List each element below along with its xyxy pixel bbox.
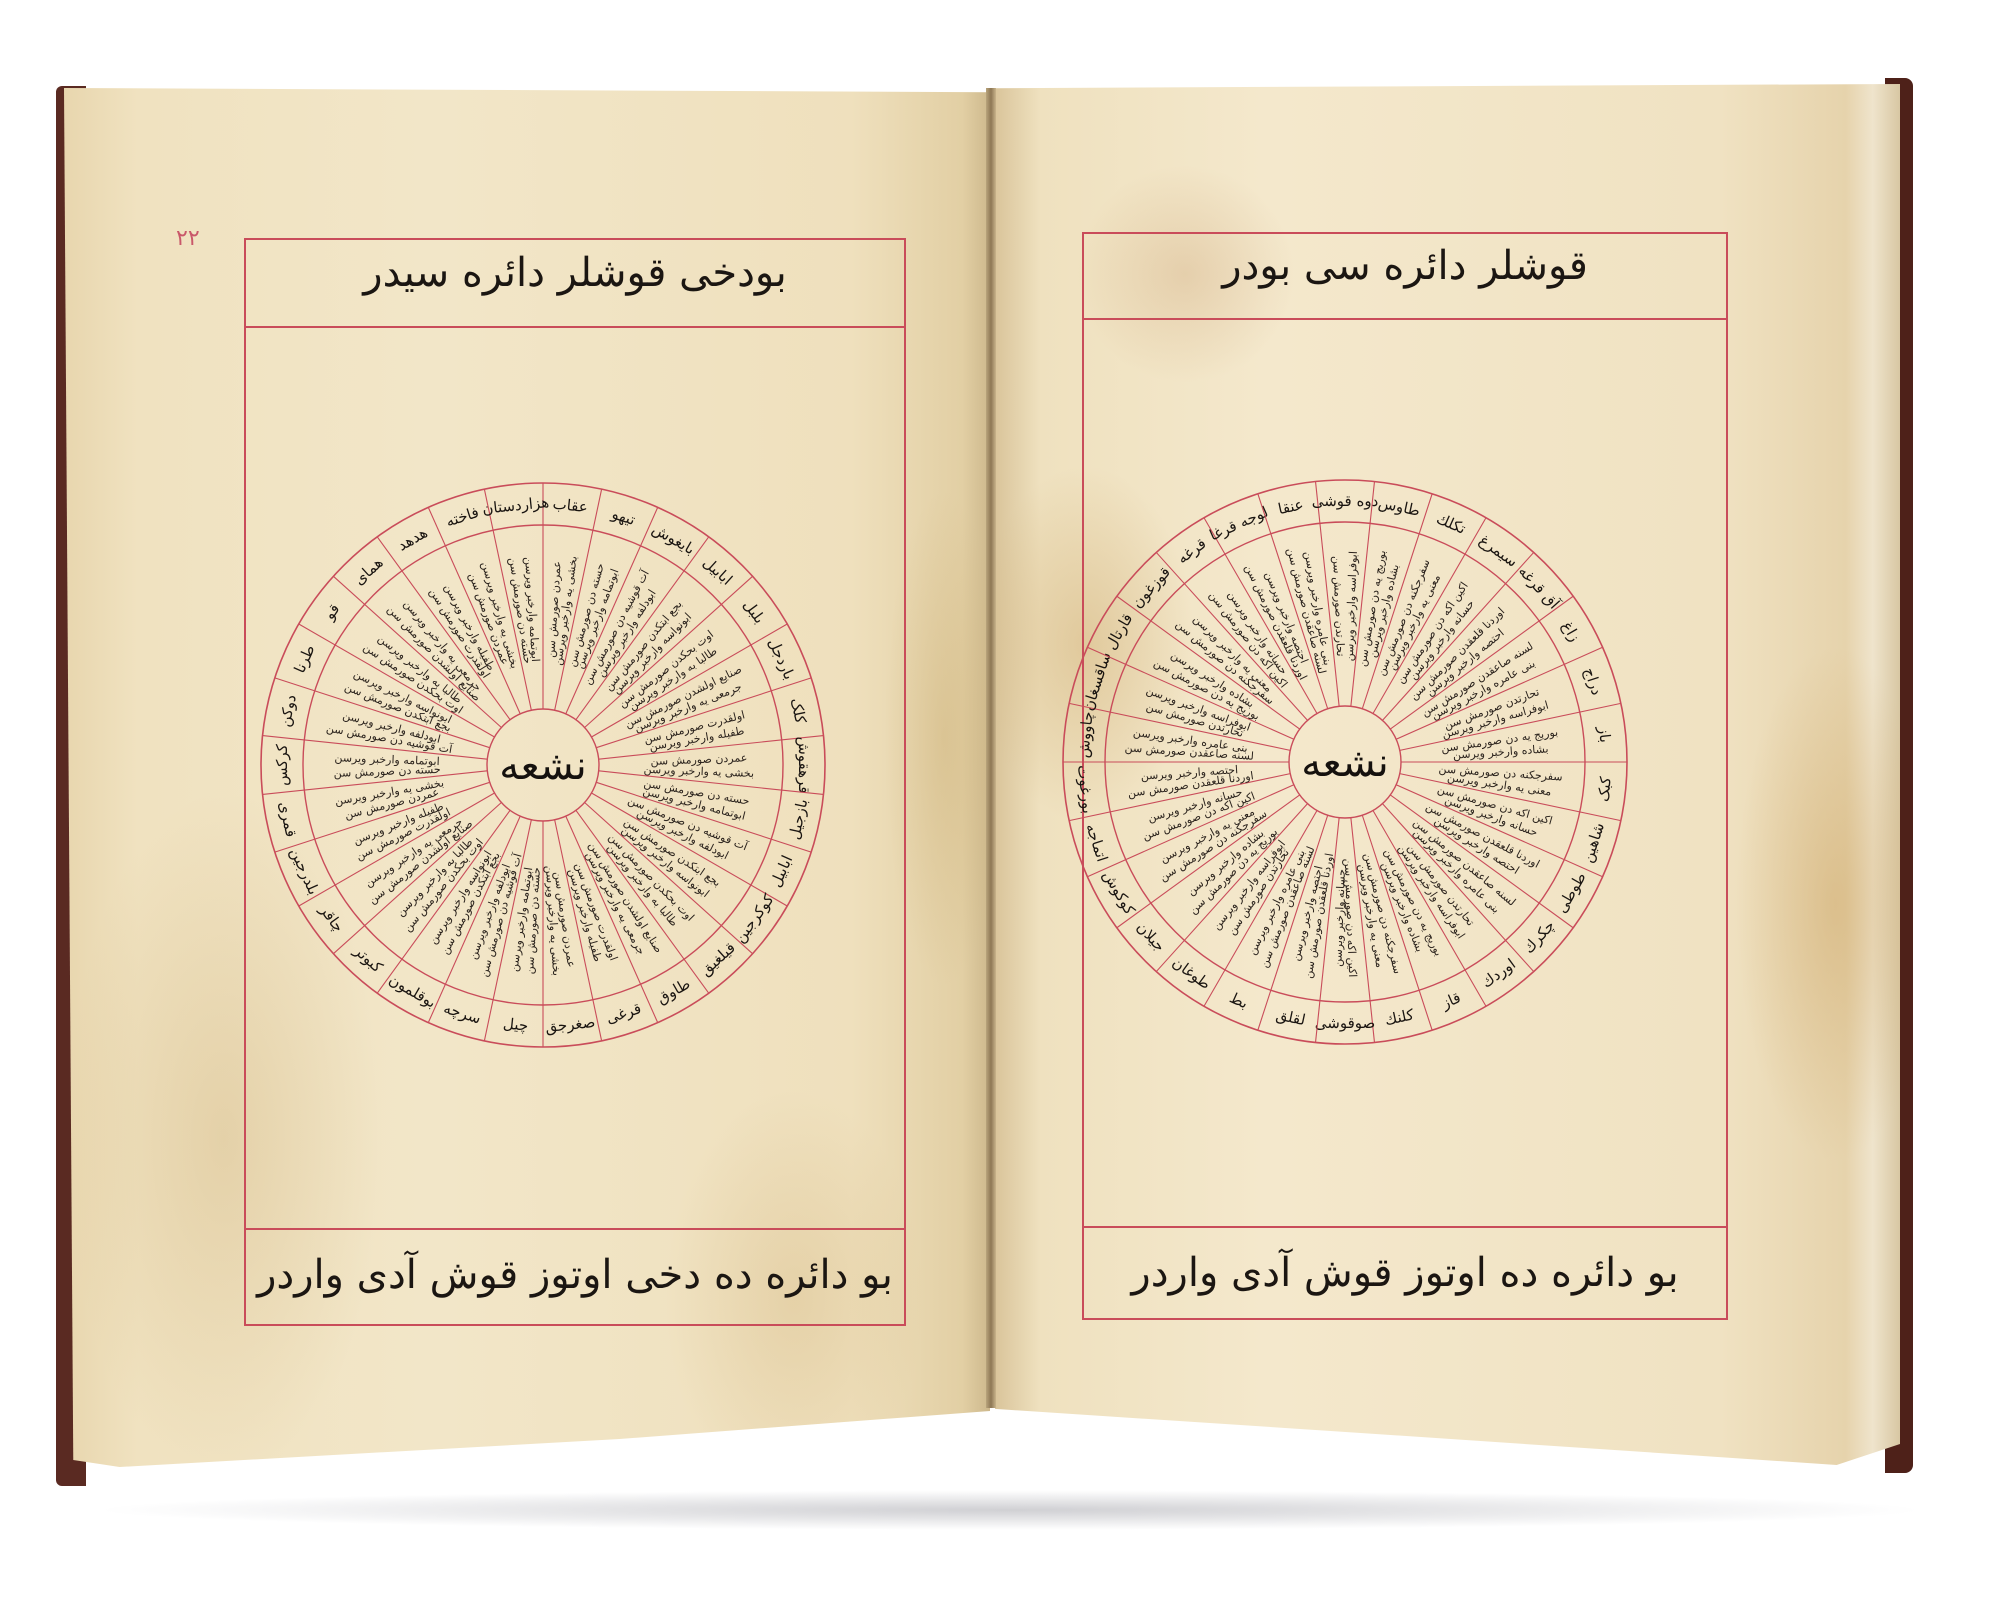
bird-name-label: صغرجق [544,1013,596,1036]
bird-name-label: تکلك [1434,509,1469,538]
bird-name-label: باز [1595,725,1615,744]
bird-name-label: فاخته [444,503,482,531]
bird-name-label: ابابیل [699,553,736,588]
bird-name-label: عنقا [1276,495,1305,518]
page-number: ۲۲ [176,226,200,251]
circle-center-label: نشعه [1301,740,1389,786]
bird-name-label: کرکس [273,743,291,786]
right-page-footer: بو دائره ده اوتوز قوش آدی واردر [1082,1250,1728,1296]
left-page-footer: بو دائره ده دخی اوتوز قوش آدی واردر [244,1252,906,1298]
bird-name-label: ساقسغان [1079,650,1115,713]
bird-name-label: قاز [1438,988,1464,1013]
left-header-rule [244,326,906,328]
bird-name-label: لقلق [1274,1005,1307,1029]
bird-name-label: دراج [1580,665,1606,697]
bird-name-label: طوطی [1552,869,1590,916]
bird-name-label: بلبل [740,596,769,627]
book-gutter [986,88,996,1408]
bird-name-label: کبوتر [350,941,387,977]
bird-name-label: دوه قوشی [1312,492,1379,510]
bird-name-label: قمری [275,800,300,839]
bird-name-label: بوقلمون [386,970,440,1011]
bird-name-label: جیلان [1133,918,1169,955]
bird-name-label: چیل [502,1014,529,1035]
bird-name-label: عقاب [552,495,589,517]
bird-name-label: چکرك [1519,916,1558,956]
left-footer-rule [244,1228,906,1230]
bird-name-label: قارتال [1102,610,1137,652]
bird-name-label: بازجیل [785,797,811,841]
bird-name-label: قرغه [1174,534,1210,567]
left-page-title: بودخی قوشلر دائره سیدر [244,250,906,296]
bird-name-label: قو [320,600,344,623]
bird-name-label: طاوق [654,974,694,1007]
bird-name-label: طاوس [1377,494,1422,520]
right-footer-rule [1082,1226,1728,1228]
bird-name-label: هدهد [394,523,430,554]
bird-name-label: تیهو [609,504,638,529]
bird-name-label: سرچه [441,999,483,1028]
bird-name-label: زاغ [1558,618,1584,645]
circle-center-label: نشعه [499,743,587,789]
bird-name-label: قرغی [604,999,644,1027]
bird-name-label: صوقوشی [1315,1014,1375,1032]
bird-name-label: چاقر [315,900,347,935]
bird-name-label: قرهقوش [795,736,813,793]
bird-name-label: کوکرجین [731,890,779,946]
bird-name-label: اتماجه [1082,821,1111,864]
bird-name-label: همای [350,553,387,588]
bird-name-label: لوجه قرغا [1207,503,1271,545]
bird-name-label: شاهین [1578,820,1608,865]
right-bird-circle-diagram: طاوسبوریج یه دن صورمش سنبشاده وارخبر ویر… [1055,472,1635,1052]
bird-name-label: بط [1227,988,1251,1012]
bird-name-label: بورغوت [1074,764,1097,815]
bird-name-label: طرنا [290,642,318,676]
bird-name-label: بلدرجین [286,845,323,898]
bird-name-label: باردجل [764,635,798,682]
bird-name-label: کلنك [1383,1005,1416,1029]
bird-name-label: دوکن [276,693,300,729]
bird-name-label: هزاردستان [481,493,550,518]
bird-name-label: کلک [787,696,810,726]
bird-name-label: چاووش [1074,711,1097,759]
bird-name-label: ابابیل [767,852,797,889]
book-shadow [90,1490,1930,1530]
bird-name-label: اوردك [1478,955,1519,992]
right-page-title: قوشلر دائره سی بودر [1082,243,1728,289]
manuscript-spread: ۲۲ بودخی قوشلر دائره سیدر بو دائره ده دخ… [0,0,2000,1601]
bird-name-label: کبک [1594,775,1615,803]
right-header-rule [1082,318,1728,320]
bird-name-label: آق قرغه [1515,562,1564,613]
left-bird-circle-diagram: عقابعمردن صورمش سنبخشی یه وارخبر ویرسنتی… [253,475,833,1055]
bird-name-label: قوزغون [1128,563,1174,611]
